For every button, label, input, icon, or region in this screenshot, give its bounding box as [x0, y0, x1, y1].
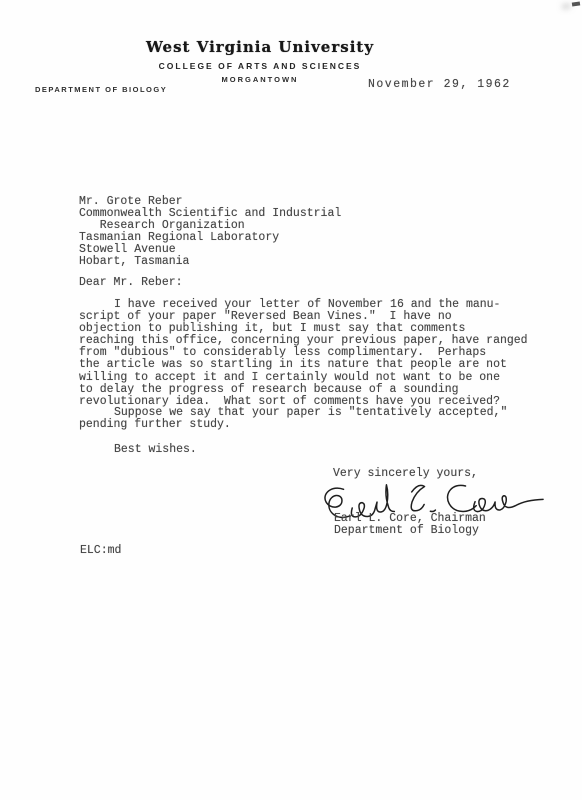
salutation: Dear Mr. Reber: [79, 277, 183, 289]
body-line: the article was so startling in its natu… [79, 359, 529, 371]
body-line: pending further study. [79, 419, 529, 431]
letterhead-department: DEPARTMENT OF BIOLOGY [35, 85, 167, 94]
body-line: to delay the progress of research becaus… [79, 384, 529, 396]
letter-date: November 29, 1962 [368, 79, 511, 91]
signature-stroke-ore-tail [473, 494, 543, 511]
letter-page: West Virginia University COLLEGE OF ARTS… [0, 0, 582, 800]
typed-signer-department: Department of Biology [334, 525, 479, 537]
scan-corner-artifact [572, 1, 580, 6]
letterhead-university-name: West Virginia University [0, 38, 520, 56]
signature-stroke-c [447, 485, 476, 512]
recipient-address-block: Mr. Grote Reber Commonwealth Scientific … [79, 196, 341, 269]
letterhead-college-name: COLLEGE OF ARTS AND SCIENCES [0, 61, 520, 71]
body-paragraph-3: Best wishes. [114, 444, 197, 456]
body-line: willing to accept it and I certainly wou… [79, 372, 529, 384]
recipient-city: Hobart, Tasmania [79, 256, 341, 268]
typist-reference-initials: ELC:md [80, 545, 121, 557]
body-paragraph-1: I have received your letter of November … [79, 299, 529, 408]
signature-stroke-l [410, 485, 435, 512]
body-paragraph-2: Suppose we say that your paper is "tenta… [79, 407, 529, 431]
